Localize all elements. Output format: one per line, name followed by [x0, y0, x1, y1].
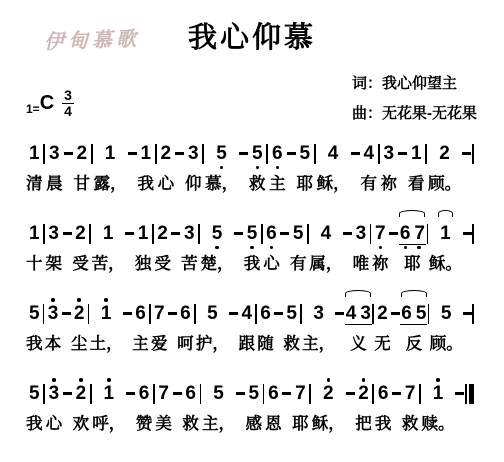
octave-dot-below [220, 166, 224, 170]
note-digit: 1 [101, 303, 112, 324]
barline [372, 384, 374, 404]
note-digit: 2 [76, 143, 87, 164]
duration-dash [173, 392, 182, 394]
note-digit: 2 [377, 303, 388, 324]
note-cell: 3苦 [181, 208, 198, 277]
duration-dash [351, 152, 360, 154]
barline [378, 144, 380, 164]
duration-dash-cell [173, 368, 182, 437]
sheet-music-page: { "watermark": "伊甸慕歌", "title": "我心仰慕", … [0, 0, 504, 462]
note-digit: 5 [416, 303, 427, 324]
lyric-syllable: 楚， [201, 253, 234, 277]
octave-dot-below [215, 246, 219, 250]
barline-cell [472, 128, 474, 197]
duration-dash-cell [455, 368, 464, 437]
note-digit: 5 [29, 303, 40, 324]
credits-block: 词：我心仰望主 曲：无花果-无花果 [352, 69, 477, 129]
duration-dash-cell [168, 288, 177, 357]
note-cell: 7美 [155, 368, 172, 437]
lyric-syllable: 晨 [46, 173, 63, 197]
barline [153, 384, 155, 404]
note-cell: 6主 [269, 128, 286, 197]
duration-dash [125, 232, 134, 234]
note-digit: 2 [323, 383, 334, 404]
lyric-syllable: 我 [26, 333, 43, 357]
lyric-syllable: 呼， [92, 413, 125, 437]
barline [200, 384, 202, 404]
note-cell: 1土， [90, 288, 123, 357]
final-barline [465, 384, 474, 404]
duration-dash [175, 152, 184, 154]
barline-cell [314, 128, 316, 197]
slur-arc [401, 290, 427, 297]
meter-denominator: 4 [62, 104, 74, 119]
lyric-syllable: 架 [45, 253, 62, 277]
duration-dash [168, 312, 177, 314]
barline [155, 144, 157, 164]
note-cell: 3祢 [381, 128, 398, 197]
lyric-syllable: 有 [290, 253, 307, 277]
slur-arc [438, 210, 453, 217]
key-prefix: 1= [26, 102, 40, 116]
barline [472, 144, 474, 164]
note-digit: 6 [135, 303, 146, 324]
note-cell: 1清 [26, 128, 43, 197]
note-digit: 3 [48, 223, 59, 244]
note-cell: 2无 [374, 288, 391, 357]
note-cell: 5楚， [201, 208, 234, 277]
lyric-syllable: 我 [26, 413, 43, 437]
lyric-syllable: 稣。 [429, 253, 462, 277]
credit-composer: 曲：无花果-无花果 [352, 99, 477, 129]
note-digit: 2 [76, 383, 87, 404]
duration-dash [282, 392, 291, 394]
lyric-syllable: 看 [408, 173, 425, 197]
lyric-syllable: 心 [158, 173, 175, 197]
note-digit: 1 [29, 143, 40, 164]
lyric-syllable: 义 [350, 333, 367, 357]
lyric-syllable: 把 [355, 413, 372, 437]
note-digit: 4 [241, 303, 252, 324]
eighth-note-pair: 43 [345, 303, 372, 325]
duration-dash [392, 392, 401, 394]
note-digit: 6 [268, 383, 279, 404]
note-cell: 1看 [408, 128, 425, 197]
lyric-syllable: 我 [244, 253, 261, 277]
duration-dash-cell [229, 288, 238, 357]
octave-dot-below [379, 246, 383, 250]
note-cell: 4属， [309, 208, 342, 277]
lyric-syllable: 耶 [292, 413, 309, 437]
note-cell: 6心 [263, 208, 280, 277]
lyric-syllable: 美 [155, 413, 172, 437]
note-digit: 3 [48, 303, 59, 324]
music-line: 1清3晨2甘1露，1我2心3仰5慕，5救6主5耶4稣，4有3祢1看2顾。 [26, 128, 474, 197]
duration-dash [463, 312, 472, 314]
lyric-syllable: 救 [283, 333, 300, 357]
duration-dash [346, 392, 355, 394]
music-line: 5我3心2欢1呼，6赞7美6救5主，5感6恩7耶2稣，2把6我7救1赎。 [26, 368, 474, 437]
lyric-syllable: 我 [375, 413, 392, 437]
lyric-syllable: 跟 [239, 333, 256, 357]
note-group-cell: 43义 [345, 288, 372, 357]
lyric-syllable: 受 [154, 253, 171, 277]
barline-cell [43, 368, 45, 437]
note-digit: 5 [213, 383, 224, 404]
octave-dot-below [276, 166, 280, 170]
barline-cell [153, 368, 155, 437]
lyric-syllable: 随 [257, 333, 274, 357]
note-digit: 2 [439, 143, 450, 164]
note-cell: 2稣， [312, 368, 345, 437]
duration-dash-cell [171, 208, 180, 277]
duration-dash-cell [274, 288, 283, 357]
note-cell: 5我 [244, 208, 261, 277]
barline-cell [202, 128, 204, 197]
duration-dash [389, 232, 398, 234]
note-digit: 6 [401, 303, 412, 324]
duration-dash-cell [287, 128, 296, 197]
lyric-syllable: 反 [406, 333, 423, 357]
lyric-syllable: 苦 [181, 253, 198, 277]
duration-dash-cell [462, 128, 471, 197]
lyric-syllable: 赞 [136, 413, 153, 437]
duration-dash [126, 392, 135, 394]
note-digit: 7 [414, 223, 425, 244]
note-cell: 1独 [135, 208, 152, 277]
duration-dash-cell [343, 208, 352, 277]
note-cell: 2心 [158, 128, 175, 197]
note-cell: 1我 [138, 128, 155, 197]
lyric-syllable: 我 [138, 173, 155, 197]
octave-dot-below [250, 246, 254, 250]
barline [419, 384, 421, 404]
barline-cell [90, 368, 92, 437]
note-cell: 3架 [45, 208, 62, 277]
lyric-syllable: 顾。 [428, 173, 461, 197]
barline-cell [43, 128, 45, 197]
note-cell: 6随 [257, 288, 274, 357]
note-cell: 5主， [202, 368, 235, 437]
barline-cell [472, 208, 474, 277]
duration-dash-cell [123, 288, 132, 357]
duration-dash-cell [463, 208, 472, 277]
key-tonic: C [40, 93, 54, 113]
duration-dash [63, 232, 72, 234]
octave-dot-below [256, 166, 260, 170]
barline-cell [155, 128, 157, 197]
note-digit: 2 [358, 383, 369, 404]
note-digit: 1 [433, 383, 444, 404]
barline [90, 384, 92, 404]
duration-dash-cell [128, 128, 137, 197]
note-digit: 6 [139, 383, 150, 404]
note-digit: 1 [105, 143, 116, 164]
duration-dash [463, 232, 472, 234]
duration-dash [335, 312, 344, 314]
note-digit: 3 [360, 303, 371, 324]
note-cell: 1呼， [92, 368, 125, 437]
note-cell: 4有 [361, 128, 378, 197]
barline [309, 384, 311, 404]
octave-dot-above [107, 378, 111, 382]
barline-cell [266, 128, 268, 197]
note-digit: 4 [363, 143, 374, 164]
duration-dash-cell [64, 128, 73, 197]
lyric-syllable: 救 [249, 173, 266, 197]
note-cell: 5耶 [297, 128, 314, 197]
duration-dash [234, 232, 243, 234]
note-cell: 7祢 [372, 208, 389, 277]
note-cell: 1苦， [92, 208, 125, 277]
barline-cell [263, 368, 265, 437]
note-digit: 5 [216, 143, 227, 164]
note-digit: 5 [207, 303, 218, 324]
lyric-syllable: 主 [132, 333, 149, 357]
note-digit: 5 [252, 143, 263, 164]
lyric-syllable: 欢 [73, 413, 90, 437]
lyric-syllable: 耶 [404, 253, 421, 277]
note-cell: 4稣， [317, 128, 350, 197]
duration-dash-cell [351, 128, 360, 197]
note-cell: 6救 [182, 368, 199, 437]
note-cell: 6主 [132, 288, 149, 357]
note-digit: 3 [49, 143, 60, 164]
duration-dash [62, 312, 71, 314]
barline-cell [200, 368, 202, 437]
note-cell: 2受 [154, 208, 171, 277]
lyric-syllable: 甘 [74, 173, 91, 197]
note-cell: 5救 [283, 288, 300, 357]
note-cell: 3仰 [185, 128, 202, 197]
duration-dash [287, 152, 296, 154]
note-digit: 1 [103, 383, 114, 404]
note-digit: 5 [293, 223, 304, 244]
slur-arc [399, 210, 425, 217]
lyric-syllable: 受 [72, 253, 89, 277]
note-cell: 5感 [246, 368, 263, 437]
duration-dash [171, 232, 180, 234]
note-digit: 3 [356, 223, 367, 244]
note-digit: 4 [328, 143, 339, 164]
lyric-syllable: 十 [26, 253, 43, 277]
lyric-syllable: 祢 [372, 253, 389, 277]
duration-dash-cell [335, 288, 344, 357]
duration-dash-cell [63, 368, 72, 437]
note-digit: 3 [188, 143, 199, 164]
lyric-syllable: 赎。 [422, 413, 455, 437]
note-digit: 6 [378, 383, 389, 404]
duration-dash-cell [239, 128, 248, 197]
note-cell: 5慕， [205, 128, 238, 197]
meter-numerator: 3 [62, 88, 74, 104]
note-group-cell: 65反 [400, 288, 427, 357]
lyric-syllable: 本 [45, 333, 62, 357]
lyric-syllable: 主， [202, 413, 235, 437]
note-cell: 3唯 [353, 208, 370, 277]
note-digit: 3 [313, 303, 324, 324]
note-cell: 5有 [290, 208, 307, 277]
eighth-note-pair: 67 [399, 223, 426, 245]
barline [472, 304, 474, 324]
barline-cell [309, 368, 311, 437]
lyric-syllable: 慕， [205, 173, 238, 197]
barline [43, 384, 45, 404]
note-cell: 3心 [46, 368, 63, 437]
duration-dash [229, 312, 238, 314]
duration-dash [63, 392, 72, 394]
barline-cell [378, 128, 380, 197]
duration-dash [239, 152, 248, 154]
lyric-syllable: 心 [46, 413, 63, 437]
duration-dash [343, 232, 352, 234]
lyric-syllable: 稣， [317, 173, 350, 197]
lyric-syllable: 顾。 [430, 333, 463, 357]
lyric-syllable: 属， [309, 253, 342, 277]
barline [425, 144, 427, 164]
duration-dash [128, 152, 137, 154]
credit-lyricist: 词：我心仰望主 [352, 69, 477, 99]
duration-dash-cell [392, 368, 401, 437]
note-cell: 2甘 [74, 128, 91, 197]
note-digit: 1 [138, 223, 149, 244]
note-cell: 6赞 [136, 368, 153, 437]
duration-dash-cell [62, 288, 71, 357]
note-cell: 1赎。 [422, 368, 455, 437]
barline-cell [372, 368, 374, 437]
duration-dash [236, 392, 245, 394]
duration-dash [280, 232, 289, 234]
note-cell: 6我 [375, 368, 392, 437]
note-digit: 6 [400, 223, 411, 244]
lyric-syllable: 苦， [92, 253, 125, 277]
octave-dot-above [79, 378, 83, 382]
duration-dash [274, 312, 283, 314]
note-digit: 1 [440, 223, 451, 244]
octave-dot-below [270, 246, 274, 250]
lyric-syllable: 独 [135, 253, 152, 277]
duration-dash-cell [463, 288, 472, 357]
octave-dot-above [104, 298, 108, 302]
duration-dash-cell [389, 208, 398, 277]
time-signature: 3 4 [62, 88, 74, 118]
octave-dot-above [362, 378, 366, 382]
note-cell: 3主， [302, 288, 335, 357]
note-digit: 7 [154, 303, 165, 324]
note-cell: 7救 [402, 368, 419, 437]
note-digit: 1 [29, 223, 40, 244]
note-digit: 5 [29, 383, 40, 404]
note-digit: 4 [346, 303, 357, 324]
barline [314, 144, 316, 164]
slur-arc [345, 290, 371, 297]
duration-dash [123, 312, 132, 314]
barline [472, 224, 474, 244]
final-barline-cell [465, 368, 474, 437]
lyric-syllable: 耶 [297, 173, 314, 197]
note-digit: 7 [158, 383, 169, 404]
barline-cell [472, 288, 474, 357]
score: 1清3晨2甘1露，1我2心3仰5慕，5救6主5耶4稣，4有3祢1看2顾。1十3架… [0, 128, 504, 437]
note-digit: 6 [180, 303, 191, 324]
lyric-syllable: 主 [269, 173, 286, 197]
note-cell: 4跟 [239, 288, 256, 357]
duration-dash-cell [125, 208, 134, 277]
note-digit: 2 [74, 303, 85, 324]
octave-dot-below [417, 246, 421, 250]
duration-dash-cell [126, 368, 135, 437]
note-digit: 5 [299, 143, 310, 164]
barline-cell [91, 128, 93, 197]
lyric-syllable: 无 [374, 333, 391, 357]
note-digit: 3 [49, 383, 60, 404]
note-cell: 1稣。 [429, 208, 462, 277]
lyric-syllable: 稣， [312, 413, 345, 437]
lyric-syllable: 感 [246, 413, 263, 437]
note-cell: 5顾。 [430, 288, 463, 357]
duration-dash [398, 152, 407, 154]
lyric-syllable: 清 [26, 173, 43, 197]
barline [266, 144, 268, 164]
octave-dot-above [77, 298, 81, 302]
duration-dash [64, 152, 73, 154]
sheet-header: 伊甸慕歌 我心仰慕 词：我心仰望主 曲：无花果-无花果 1=C 3 4 [0, 0, 504, 128]
lyric-syllable: 救 [182, 413, 199, 437]
note-digit: 2 [161, 143, 172, 164]
lyric-syllable: 恩 [265, 413, 282, 437]
lyric-syllable: 心 [263, 253, 280, 277]
octave-dot-below [404, 246, 408, 250]
note-cell: 2顾。 [428, 128, 461, 197]
duration-dash-cell [391, 288, 400, 357]
note-digit: 7 [405, 383, 416, 404]
note-digit: 1 [103, 223, 114, 244]
note-cell: 5救 [249, 128, 266, 197]
barline [263, 384, 265, 404]
note-cell: 2欢 [73, 368, 90, 437]
note-digit: 3 [384, 143, 395, 164]
duration-dash [462, 152, 471, 154]
note-digit: 6 [266, 223, 277, 244]
note-cell: 1露， [94, 128, 127, 197]
note-digit: 2 [75, 223, 86, 244]
note-cell: 5我 [26, 288, 43, 357]
octave-dot-above [51, 298, 55, 302]
note-cell: 5我 [26, 368, 43, 437]
lyric-syllable: 有 [361, 173, 378, 197]
note-cell: 6呵 [177, 288, 194, 357]
duration-dash-cell [234, 208, 243, 277]
barline-cell [425, 128, 427, 197]
note-digit: 7 [375, 223, 386, 244]
barline-cell [419, 368, 421, 437]
note-cell: 6恩 [265, 368, 282, 437]
lyric-syllable: 救 [402, 413, 419, 437]
note-digit: 2 [157, 223, 168, 244]
duration-dash-cell [280, 208, 289, 277]
duration-dash [455, 392, 464, 394]
note-cell: 5护， [196, 288, 229, 357]
note-cell: 7耶 [292, 368, 309, 437]
octave-dot-above [52, 378, 56, 382]
note-digit: 3 [184, 223, 195, 244]
note-cell: 3本 [45, 288, 62, 357]
note-group-cell: 67耶 [399, 208, 426, 277]
lyric-syllable: 露， [94, 173, 127, 197]
lyric-syllable: 尘 [71, 333, 88, 357]
lyric-syllable: 爱 [151, 333, 168, 357]
note-cell: 3晨 [46, 128, 63, 197]
